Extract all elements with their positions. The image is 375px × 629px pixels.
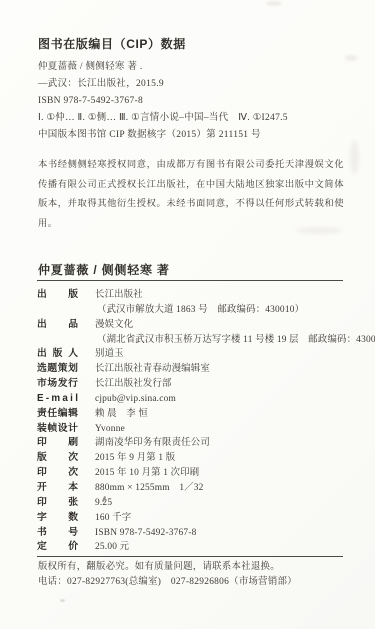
colophon-value: 2015 年 10 月第 1 次印刷 (95, 466, 199, 481)
colophon-row: 选题策划长江出版社青春动漫编辑室 (37, 362, 344, 377)
colophon-row: 市场发行长江出版社发行部 (37, 377, 344, 392)
colophon-label: 装帧设计 (37, 422, 78, 437)
colophon-label: 定价 (37, 540, 78, 555)
colophon-label: 出品 (37, 318, 78, 333)
cip-line: Ⅰ. ①仲… Ⅱ. ①侧… Ⅲ. ①言情小说–中国–当代 Ⅳ. ①I247.5 (38, 110, 344, 127)
book-title: 仲夏蔷薇 / 侧侧轻寒 著 (38, 261, 170, 278)
scan-smudge (266, 1, 282, 6)
colophon-label (37, 333, 78, 348)
divider-bottom (37, 556, 343, 557)
colophon-label: 版次 (37, 451, 78, 466)
colophon-label: 市场发行 (37, 377, 78, 392)
cip-block: 图书在版编目（CIP）数据 仲夏蔷薇 / 侧侧轻寒 著 .—武汉：长江出版社，2… (38, 35, 344, 144)
colophon-row: （湖北省武汉市积玉桥万达写字楼 11 号楼 19 层 邮政编码：430060） (37, 333, 344, 348)
colophon-value: 赖 晨 李 恒 (95, 407, 148, 422)
colophon-row: 开本880mm × 1255mm 1／32 (37, 481, 344, 496)
colophon-label: 出版 (37, 288, 78, 303)
cip-lines: 仲夏蔷薇 / 侧侧轻寒 著 .—武汉：长江出版社，2015.9ISBN 978-… (38, 59, 344, 144)
cip-line: ISBN 978-7-5492-3767-8 (38, 93, 344, 110)
colophon-row: 定价25.00 元 (37, 540, 344, 555)
colophon-label: 开本 (37, 481, 78, 496)
colophon-row: E-mailcjpub@vip.sina.com (37, 392, 344, 407)
colophon-table: 出版长江出版社（武汉市解放大道 1863 号 邮政编码：430010）出品漫娱文… (37, 288, 344, 555)
copyright-notice: 版权所有，翻版必究。如有质量问题，请联系本社退换。 (38, 560, 358, 575)
colophon-value: 湖南凌华印务有限责任公司 (95, 436, 210, 451)
colophon-value: 880mm × 1255mm 1／32 (95, 481, 204, 496)
colophon-row: 版次2015 年 9 月第 1 版 (37, 451, 344, 466)
colophon-value: 25.00 元 (95, 540, 129, 555)
colophon-label (37, 303, 78, 318)
colophon-label: 印张 (37, 496, 78, 511)
colophon-row: （武汉市解放大道 1863 号 邮政编码：430010） (37, 303, 344, 318)
colophon-value: ISBN 978-7-5492-3767-8 (95, 526, 197, 541)
colophon-label: 责任编辑 (37, 407, 78, 422)
colophon-row: 装帧设计Yvonne (37, 422, 344, 437)
book-copyright-page: 图书在版编目（CIP）数据 仲夏蔷薇 / 侧侧轻寒 著 .—武汉：长江出版社，2… (0, 0, 375, 629)
colophon-label: E-mail (37, 392, 78, 407)
scan-smudge (345, 55, 357, 61)
colophon-value: cjpub@vip.sina.com (95, 392, 176, 407)
colophon-row: 责任编辑赖 晨 李 恒 (37, 407, 344, 422)
colophon-row: 出品漫娱文化 (37, 318, 344, 333)
colophon-label: 字数 (37, 511, 78, 526)
cip-line: 中国版本图书馆 CIP 数据核字（2015）第 211151 号 (38, 127, 344, 144)
colophon-row: 字数160 千字 (37, 511, 344, 526)
colophon-label: 书号 (37, 526, 78, 541)
footer-block: 版权所有，翻版必究。如有质量问题，请联系本社退换。 电话：027-8292776… (38, 560, 358, 590)
colophon-value: （湖北省武汉市积玉桥万达写字楼 11 号楼 19 层 邮政编码：430060） (97, 333, 375, 348)
colophon-row: 印次2015 年 10 月第 1 次印刷 (37, 466, 344, 481)
colophon-label: 印刷 (37, 436, 78, 451)
colophon-row: 书号ISBN 978-7-5492-3767-8 (37, 526, 344, 541)
colophon-value: 160 千字 (95, 511, 131, 526)
scan-smudge (60, 599, 65, 602)
cip-line: 仲夏蔷薇 / 侧侧轻寒 著 . (38, 59, 344, 76)
colophon-value: 长江出版社 (95, 288, 143, 303)
colophon-value: 2015 年 9 月第 1 版 (95, 451, 175, 466)
colophon-value: （武汉市解放大道 1863 号 邮政编码：430010） (97, 303, 304, 318)
scan-smudge (350, 140, 359, 174)
colophon-row: 出版人别道玉 (37, 347, 344, 362)
colophon-value: Yvonne (95, 422, 125, 437)
colophon-value: 漫娱文化 (95, 318, 133, 333)
divider-top (37, 280, 343, 281)
colophon-row: 印张9.25 (37, 496, 344, 511)
cip-heading: 图书在版编目（CIP）数据 (38, 35, 344, 52)
colophon-row: 印刷湖南凌华印务有限责任公司 (37, 436, 344, 451)
colophon-label: 印次 (37, 466, 78, 481)
license-paragraph: 本书经侧侧轻寒授权同意，由成都万有图书有限公司委托天津漫娱文化传播有限公司正式授… (38, 156, 344, 234)
contact-phone: 电话：027-82927763(总编室) 027-82926806（市场营销部） (38, 575, 358, 590)
cip-line: —武汉：长江出版社，2015.9 (38, 76, 344, 93)
colophon-value: 长江出版社青春动漫编辑室 (95, 362, 210, 377)
colophon-value: 别道玉 (95, 347, 124, 362)
colophon-label: 出版人 (37, 347, 78, 362)
colophon-row: 出版长江出版社 (37, 288, 344, 303)
colophon-value: 9.25 (95, 496, 112, 511)
colophon-value: 长江出版社发行部 (95, 377, 172, 392)
colophon-label: 选题策划 (37, 362, 78, 377)
